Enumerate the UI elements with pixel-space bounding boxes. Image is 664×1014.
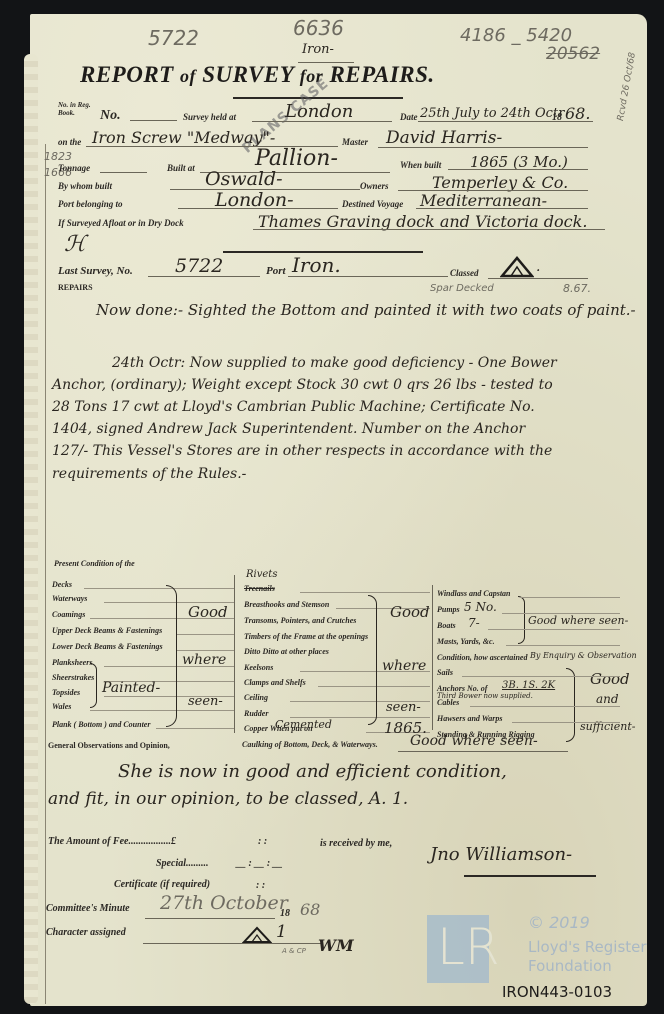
condition-line [84, 588, 234, 589]
title-report: REPORT [80, 62, 180, 87]
repairs-line: 28 Tons 17 cwt at Lloyd's Cambrian Publi… [52, 399, 535, 415]
surveyed-line [253, 229, 605, 230]
condition-line [90, 710, 234, 711]
built-at-label: Built at [167, 163, 195, 173]
condition-item: Ceiling [244, 693, 268, 702]
vessel-name: Iron Screw "Medway"- [92, 128, 275, 147]
certificate-colons: : : [256, 880, 265, 891]
condition-item: Coamings [52, 610, 85, 619]
condition-item: Keelsons [244, 663, 273, 672]
classed-value: . [536, 259, 540, 275]
condition-item: Condition, how ascertained [437, 653, 527, 662]
spar-decked-note: Spar Decked [430, 283, 494, 294]
port-belonging-line [178, 208, 338, 209]
condition-item: Hawsers and Warps [437, 714, 503, 723]
column-divider-2 [432, 585, 433, 730]
condition-item: Transoms, Pointers, and Crutches [244, 616, 356, 625]
brace-icon [166, 585, 177, 727]
brace-icon [90, 663, 97, 708]
repairs-line: 1404, signed Andrew Jack Superintendent.… [52, 421, 525, 437]
condition-item: Decks [52, 580, 72, 589]
on-the-label: on the [58, 137, 81, 147]
destined-voyage-label: Destined Voyage [342, 199, 403, 209]
condition-item: Rudder [244, 709, 268, 718]
condition-item: Upper Deck Beams & Fastenings [52, 626, 162, 635]
pencil-number-center: 6636 [293, 16, 344, 40]
general-observations-label: General Observations and Opinion, [48, 741, 170, 750]
certificate-label: Certificate (if required) [114, 879, 210, 890]
opinion-line-2: and fit, in our opinion, to be classed, … [48, 789, 408, 809]
lr-logo-icon: LR [427, 915, 489, 983]
title-of: of [180, 66, 196, 86]
condition-line [520, 597, 620, 598]
condition-item: Topsides [52, 688, 80, 697]
pumps-value: 5 No. [464, 600, 497, 614]
condition-item: Boats [437, 621, 456, 630]
committee-minute-label: Committee's Minute [46, 903, 130, 914]
opinion-line-1: She is now in good and efficient conditi… [118, 761, 507, 782]
committee-minute-line [145, 918, 275, 919]
fee-amount-label: The Amount of Fee.................£ [48, 836, 176, 847]
character-assigned-label: Character assigned [46, 927, 126, 938]
condition-heading: Present Condition of the [54, 559, 135, 568]
condition-item: Wales [52, 702, 71, 711]
col1-good: Good [188, 603, 228, 621]
caulking-label: Caulking of Bottom, Deck, & Waterways. [242, 740, 378, 749]
port-belonging-label: Port belonging to [58, 199, 123, 209]
third-bower-note: Third Bower now supplied. [437, 692, 533, 700]
master-line [378, 147, 588, 148]
col2-rivets: Rivets [246, 569, 277, 580]
survey-held-value: London [285, 101, 353, 122]
date-line [418, 121, 593, 122]
pencil-number-left: 5722 [148, 26, 199, 50]
condition-line [176, 634, 234, 635]
condition-item: Masts, Yards, &c. [437, 637, 495, 646]
condition-line [462, 676, 620, 677]
character-triangle-icon [242, 926, 272, 949]
last-survey-value: 5722 [175, 255, 223, 277]
owners-label: Owners [360, 181, 389, 191]
col1-seen: seen- [188, 694, 223, 709]
condition-item: Windlass and Capstan [437, 589, 511, 598]
pencil-numbers-right: 4186 _ 5420 [460, 25, 572, 46]
margin-number-1: 1823 [44, 150, 72, 163]
survey-held-line [252, 121, 392, 122]
condition-item: Timbers of the Frame at the openings [244, 632, 368, 641]
committee-year-suffix: 68 [300, 900, 320, 919]
struck-number: 20562 [546, 44, 600, 64]
good-where-seen-value: Good where seen- [528, 614, 628, 627]
watermark-copyright: © 2019 [528, 913, 590, 932]
repairs-line: 24th Octr: Now supplied to make good def… [112, 355, 557, 371]
character-value: 1 [276, 922, 287, 942]
destined-voyage-line [416, 208, 588, 209]
survey-held-label: Survey held at [183, 112, 236, 122]
condition-line [502, 613, 620, 614]
repairs-line: 127/- This Vessel's Stores are in other … [52, 443, 552, 459]
no-line [130, 120, 177, 121]
handwritten-iron: Iron- [302, 42, 334, 57]
repairs-line: Anchor, (ordinary); Weight except Stock … [52, 377, 553, 393]
repairs-label: REPAIRS [58, 283, 93, 292]
master-label: Master [342, 137, 368, 147]
last-survey-line [148, 276, 260, 277]
condition-line [488, 629, 620, 630]
last-survey-label: Last Survey, No. [58, 265, 133, 277]
surveyed-label: If Surveyed Afloat or in Dry Dock [58, 218, 184, 228]
col3-good: Good [590, 670, 630, 688]
condition-item: Sails [437, 668, 453, 677]
page-title: REPORT of SURVEY for REPAIRS. [80, 62, 435, 88]
by-whom-built-value: Oswald- [205, 168, 283, 190]
lr-logo-text: LR [437, 918, 500, 976]
surveyor-signature: Jno Williamson- [430, 844, 572, 865]
condition-item: Ditto Ditto at other places [244, 647, 329, 656]
col2-where: where [382, 658, 426, 674]
signature-underline [464, 875, 596, 877]
caulking-line [398, 751, 568, 752]
col1-where: where [182, 652, 226, 668]
column-divider-1 [234, 575, 235, 733]
title-survey: SURVEY [196, 62, 300, 87]
classed-year-note: 8.67. [563, 282, 591, 295]
condition-line [470, 706, 620, 707]
when-built-label: When built [400, 160, 441, 170]
col2-cemented: Cemented [275, 718, 332, 731]
port-label: Port [266, 265, 286, 277]
condition-item-struck: Treenails [244, 584, 275, 593]
repairs-paragraph-1: Now done:- Sighted the Bottom and painte… [96, 300, 641, 320]
tonnage-line [100, 172, 147, 173]
classed-line [488, 278, 588, 279]
condition-line [290, 717, 430, 718]
condition-line [156, 728, 234, 729]
fee-colons: : : [258, 836, 267, 847]
anchors-value: 3B. 1S. 2K [502, 680, 555, 691]
watermark-line-1: Lloyd's Register [528, 938, 647, 956]
brace-icon [518, 596, 525, 644]
reg-book-label: No. in Reg. Book. [58, 101, 96, 117]
date-label: Date [400, 112, 418, 122]
committee-initials: WM [318, 936, 354, 955]
port-value: Iron. [292, 253, 341, 277]
title-repairs: REPAIRS. [323, 62, 434, 87]
ascertained-value: By Enquiry & Observation [530, 651, 637, 660]
when-built-line [448, 169, 588, 170]
boats-value: 7- [468, 616, 480, 630]
special-dashes: __ : __ : __ [236, 858, 283, 869]
condition-item: Waterways [52, 594, 87, 603]
col1-painted: Painted- [102, 680, 160, 696]
date-value: 25th July to 24th Octr [420, 106, 564, 121]
special-label: Special......... [156, 858, 209, 869]
received-label: is received by me, [320, 838, 392, 849]
col2-good: Good [390, 603, 430, 621]
condition-line [506, 645, 620, 646]
condition-line [300, 592, 430, 593]
condition-item: Sheerstrakes [52, 673, 94, 682]
tonnage-label: Tonnage [58, 163, 90, 173]
watermark-line-2: Foundation [528, 957, 612, 975]
by-whom-built-label: By whom built [58, 181, 112, 191]
condition-item: Breasthooks and Stemson [244, 600, 329, 609]
master-value: David Harris- [386, 128, 502, 148]
condition-line [512, 722, 620, 723]
classed-label: Classed [450, 268, 479, 278]
repairs-line: requirements of the Rules.- [52, 466, 246, 482]
no-label: No. [100, 108, 121, 124]
condition-item: Pumps [437, 605, 460, 614]
condition-item: Clamps and Shelfs [244, 678, 306, 687]
condition-item: Lower Deck Beams & Fastenings [52, 642, 163, 651]
character-line [143, 943, 323, 944]
brace-icon [368, 595, 377, 725]
col2-seen: seen- [386, 700, 421, 715]
catalog-number: IRON443-0103 [502, 983, 612, 1001]
committee-year-prefix: 18 [280, 908, 290, 919]
brace-icon [566, 668, 575, 742]
caulking-value: Good where seen- [410, 733, 538, 749]
character-note: A & CP [282, 947, 306, 955]
col3-and: and [596, 692, 619, 706]
condition-line [176, 650, 234, 651]
initials-margin: ℋ [64, 232, 86, 257]
committee-minute-value: 27th October [160, 892, 288, 914]
margin-line [45, 144, 46, 1004]
condition-item: Plank ( Bottom ) and Counter [52, 720, 150, 729]
port-line [288, 276, 448, 277]
condition-item: Planksheers [52, 658, 92, 667]
